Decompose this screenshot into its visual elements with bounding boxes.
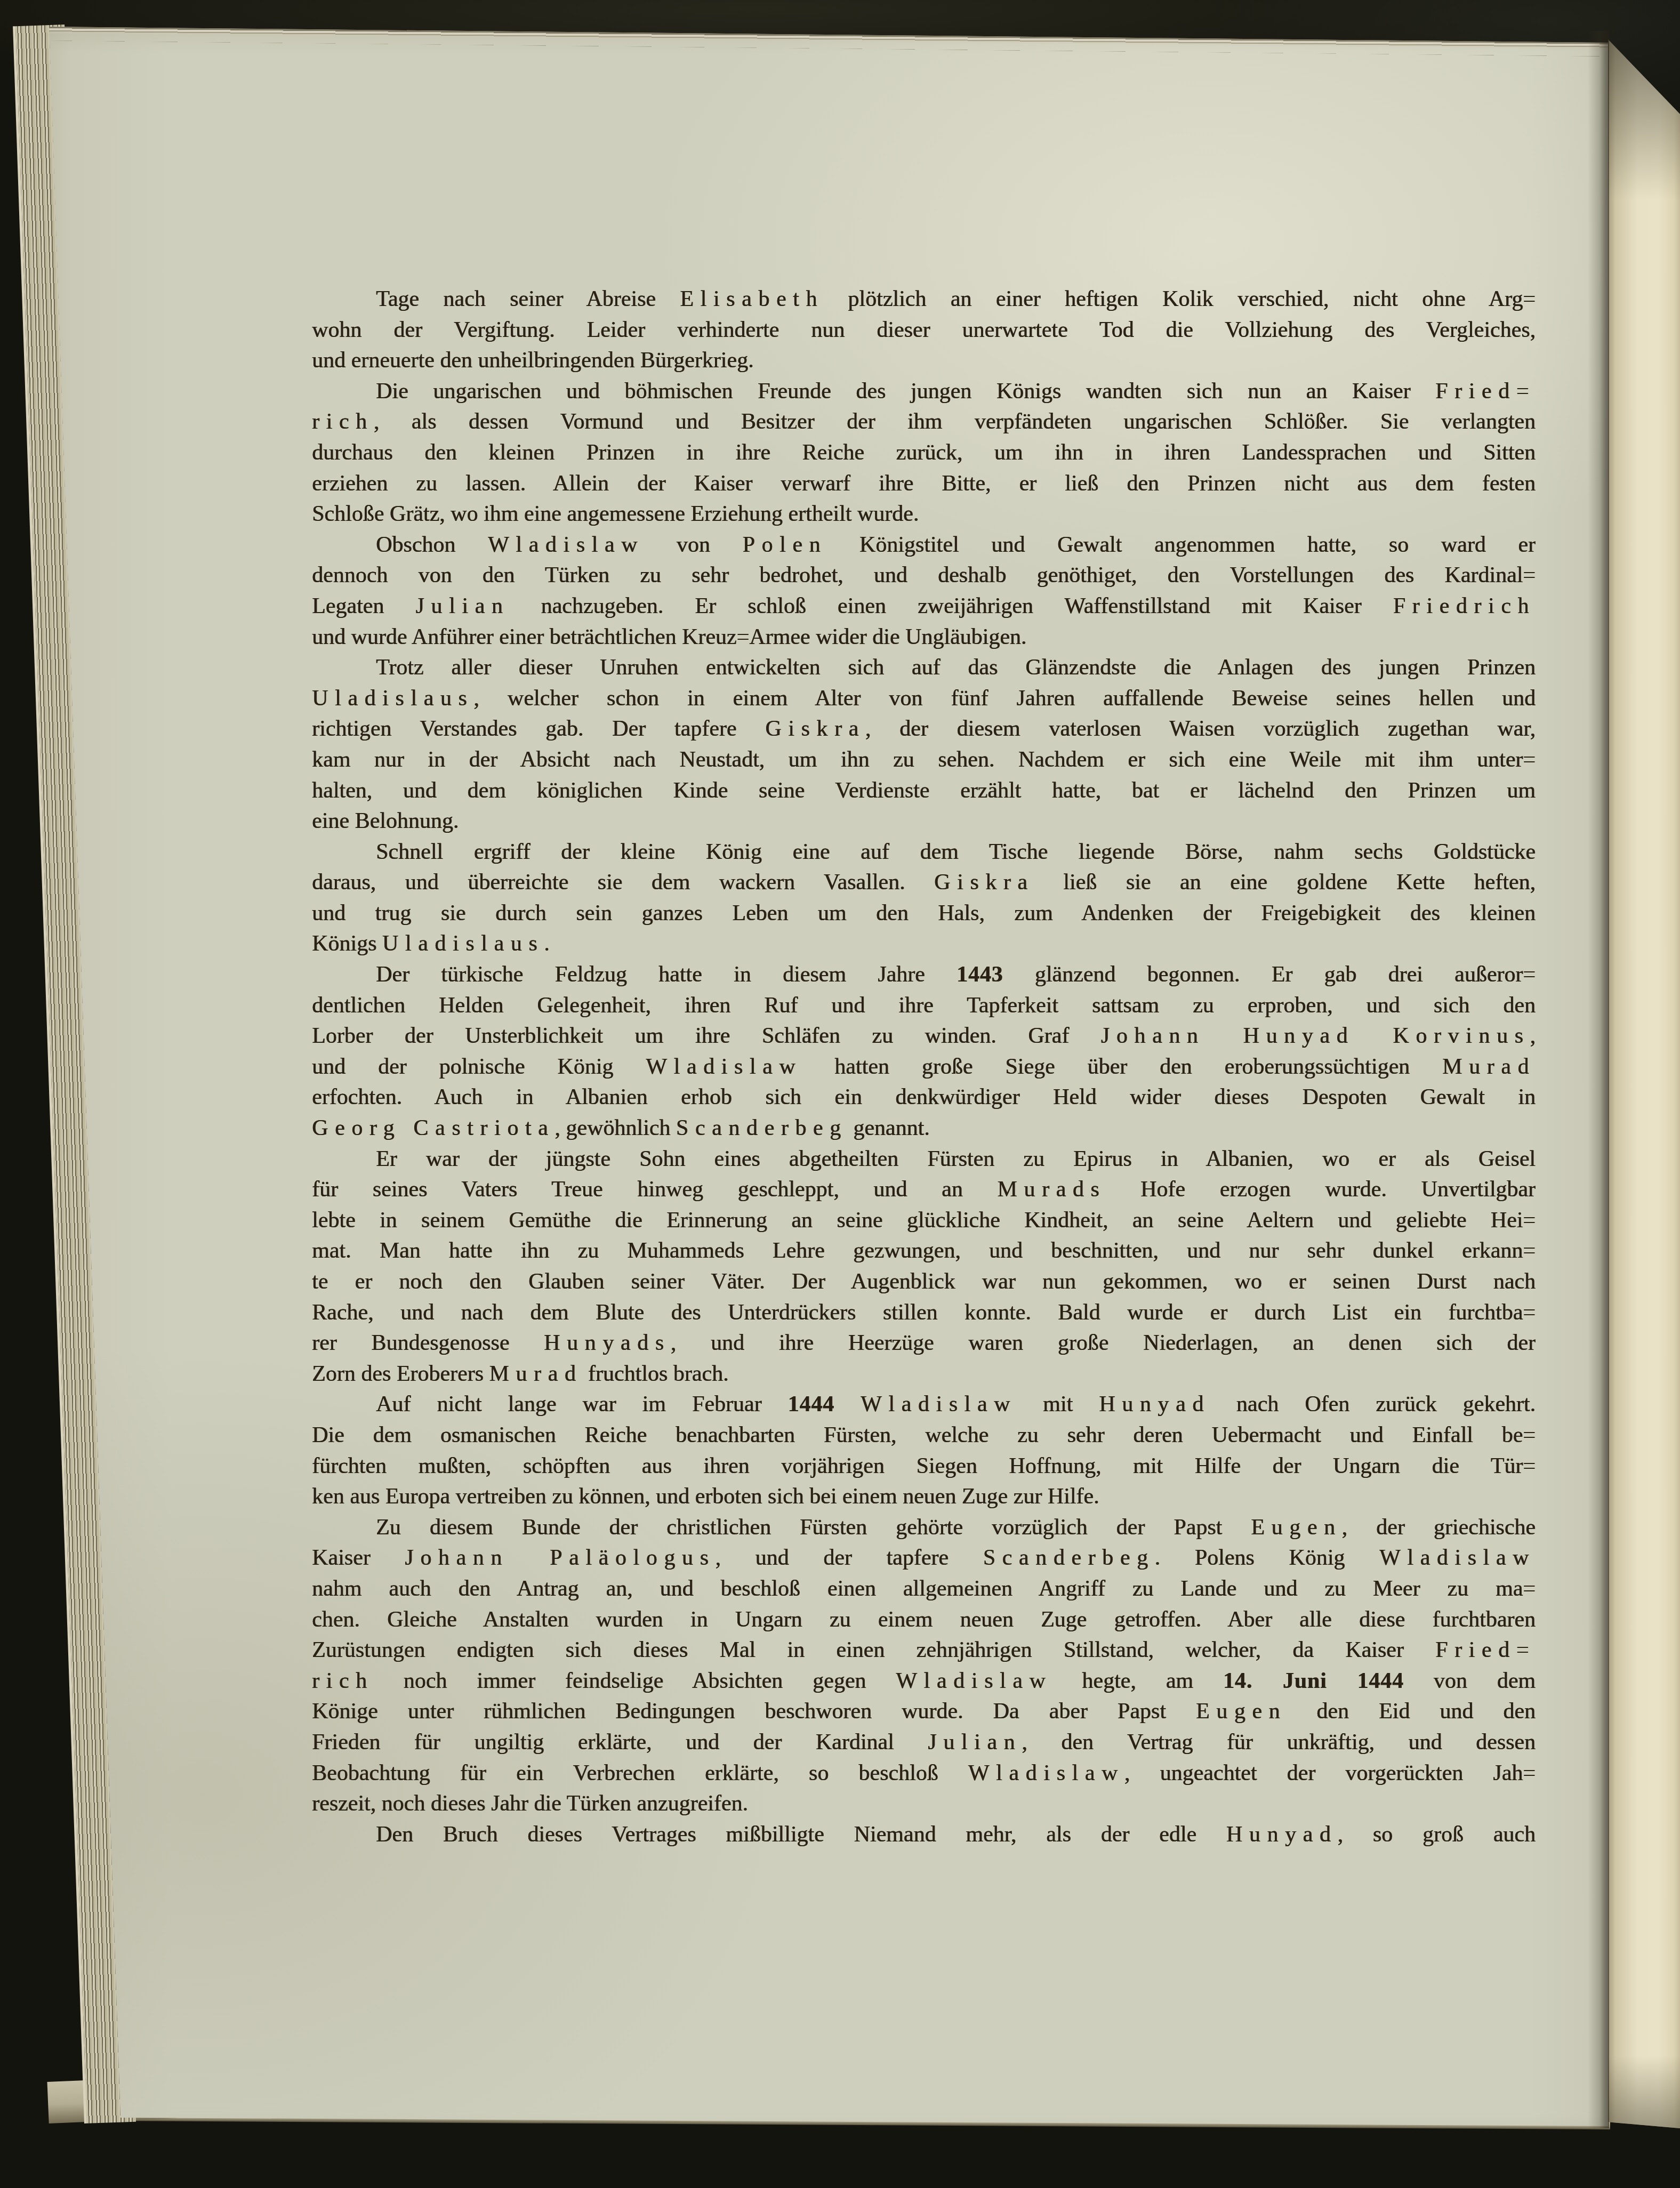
text-segment: . Polens König (1155, 1546, 1379, 1570)
text-segment: hatten große Siege über den eroberungssü… (802, 1055, 1442, 1079)
spaced-proper-name: Scanderbeg (676, 1116, 848, 1140)
text-segment: nachzugeben. Er schloß einen zweijährige… (509, 594, 1393, 618)
text-line: Die ungarischen und böhmischen Freunde d… (312, 376, 1536, 407)
text-line: erziehen zu lassen. Allein der Kaiser ve… (312, 469, 1536, 500)
text-line: chen. Gleiche Anstalten wurden in Ungarn… (312, 1605, 1536, 1636)
spaced-proper-name: Polen (742, 533, 827, 557)
text-line: wohn der Vergiftung. Leider verhinderte … (312, 315, 1536, 346)
text-segment: plötzlich an einer heftigen Kolik versch… (824, 287, 1536, 311)
text-line: Uladislaus, welcher schon in einem Alter… (312, 683, 1536, 714)
text-line: für seines Vaters Treue hinweg geschlepp… (312, 1175, 1536, 1205)
text-segment: , und der tapfere (715, 1546, 983, 1570)
text-segment: , welcher schon in einem Alter von fünf … (473, 686, 1536, 711)
bold-date-number: 14. Juni 1444 (1223, 1669, 1404, 1693)
text-line: rich noch immer feindselige Absichten ge… (312, 1666, 1536, 1697)
bold-date-number: 1443 (956, 962, 1003, 987)
text-line: Obschon Wladislaw von Polen Königstitel … (312, 530, 1536, 561)
paragraph: Auf nicht lange war im Februar 1444 Wlad… (312, 1389, 1536, 1512)
text-line: rer Bundesgenosse Hunyads, und ihre Heer… (312, 1328, 1536, 1359)
text-segment: für seines Vaters Treue hinweg geschlepp… (312, 1177, 997, 1202)
text-segment: genannt. (848, 1116, 930, 1140)
text-segment: erfochten. Auch in Albanien erhob sich e… (312, 1085, 1536, 1109)
text-segment: von (644, 533, 742, 557)
paragraph: Tage nach seiner Abreise Elisabeth plötz… (312, 284, 1536, 376)
spaced-proper-name: Hunyad (1099, 1392, 1210, 1417)
paragraph: Obschon Wladislaw von Polen Königstitel … (312, 530, 1536, 653)
text-segment: Die dem osmanischen Reiche benachbarten … (312, 1423, 1536, 1447)
spaced-proper-name: rich (312, 409, 374, 434)
text-segment: fürchten mußten, schöpften aus ihren vor… (312, 1454, 1536, 1478)
text-line: Legaten Julian nachzugeben. Er schloß ei… (312, 591, 1536, 622)
text-line: rich, als dessen Vormund und Besitzer de… (312, 407, 1536, 438)
page-top-edge (46, 27, 1608, 57)
text-segment: mit (1017, 1392, 1099, 1417)
text-segment: Beobachtung für ein Verbrechen erklärte,… (312, 1761, 968, 1785)
text-line: Frieden für ungiltig erklärte, und der K… (312, 1727, 1536, 1758)
text-line: mat. Man hatte ihn zu Muhammeds Lehre ge… (312, 1236, 1536, 1267)
text-line: daraus, und überreichte sie dem wackern … (312, 867, 1536, 898)
text-line: halten, und dem königlichen Kinde seine … (312, 776, 1536, 807)
text-segment: Frieden für ungiltig erklärte, und der K… (312, 1730, 928, 1755)
text-segment: wohn der Vergiftung. Leider verhinderte … (312, 318, 1536, 342)
text-segment: , ungeachtet der vorgerückten Jah= (1124, 1761, 1536, 1785)
text-line: dentlichen Helden Gelegenheit, ihren Ruf… (312, 991, 1536, 1021)
text-line: und trug sie durch sein ganzes Leben um … (312, 898, 1536, 929)
text-segment: den Eid und den (1287, 1699, 1536, 1724)
text-line: und der polnische König Wladislaw hatten… (312, 1052, 1536, 1083)
text-segment: Schnell ergriff der kleine König eine au… (376, 840, 1536, 864)
text-segment: Kaiser (312, 1546, 405, 1570)
adjacent-page-edge (1608, 39, 1680, 2130)
text-line: nahm auch den Antrag an, und beschloß ei… (312, 1574, 1536, 1605)
text-line: Rache, und nach dem Blute des Unterdrück… (312, 1298, 1536, 1329)
book-page: Tage nach seiner Abreise Elisabeth plötz… (0, 0, 1680, 2188)
text-block: Tage nach seiner Abreise Elisabeth plötz… (312, 284, 1536, 1850)
text-segment: und der polnische König (312, 1055, 646, 1079)
spaced-proper-name: Hunyads (544, 1331, 671, 1355)
text-segment: te er noch den Glauben seiner Väter. Der… (312, 1269, 1536, 1294)
spaced-proper-name: Giskra (934, 870, 1034, 895)
spaced-proper-name: Elisabeth (680, 287, 824, 311)
text-segment: Legaten (312, 594, 415, 618)
spaced-proper-name: Murad (1442, 1055, 1536, 1079)
text-segment: , der diesem vaterlosen Waisen vorzüglic… (865, 717, 1536, 741)
spaced-proper-name: Wladislaw (1379, 1546, 1536, 1570)
spaced-proper-name: Eugen (1196, 1699, 1287, 1724)
text-segment: ken aus Europa vertreiben zu können, und… (312, 1484, 1099, 1509)
text-segment: Den Bruch dieses Vertrages mißbilligte N… (376, 1822, 1226, 1847)
paragraph: Trotz aller dieser Unruhen entwickelten … (312, 653, 1536, 837)
spaced-proper-name: Julian (928, 1730, 1022, 1755)
spaced-proper-name: Wladislaw (896, 1669, 1052, 1693)
text-segment: erziehen zu lassen. Allein der Kaiser ve… (312, 471, 1536, 496)
spaced-proper-name: Georg Castriota (312, 1116, 554, 1140)
text-line: dennoch von den Türken zu sehr bedrohet,… (312, 560, 1536, 591)
text-segment: . (544, 931, 550, 956)
spaced-proper-name: Murad (489, 1362, 582, 1386)
text-segment: Zurüstungen endigten sich dieses Mal in … (312, 1638, 1435, 1662)
text-line: und erneuerte den unheilbringenden Bürge… (312, 345, 1536, 376)
text-line: te er noch den Glauben seiner Väter. Der… (312, 1267, 1536, 1298)
text-segment: ließ sie an eine goldene Kette heften, (1034, 870, 1536, 895)
text-segment: glänzend begonnen. Er gab drei außeror= (1003, 962, 1536, 987)
paragraph: Die ungarischen und böhmischen Freunde d… (312, 376, 1536, 530)
text-line: Lorber der Unsterblichkeit um ihre Schlä… (312, 1021, 1536, 1052)
text-segment: reszeit, noch dieses Jahr die Türken anz… (312, 1791, 748, 1816)
spaced-proper-name: Scanderbeg (983, 1546, 1155, 1570)
text-segment: Lorber der Unsterblichkeit um ihre Schlä… (312, 1024, 1101, 1048)
text-segment: nahm auch den Antrag an, und beschloß ei… (312, 1576, 1536, 1601)
text-segment: Rache, und nach dem Blute des Unterdrück… (312, 1300, 1536, 1325)
text-line: Er war der jüngste Sohn eines abgetheilt… (312, 1144, 1536, 1175)
text-segment: Königstitel und Gewalt angenommen hatte,… (827, 533, 1536, 557)
spaced-proper-name: Friedrich (1393, 594, 1536, 618)
text-segment: Obschon (376, 533, 488, 557)
text-line: Kaiser Johann Paläologus, und der tapfer… (312, 1543, 1536, 1574)
spaced-proper-name: Hunyad (1226, 1822, 1338, 1847)
spaced-proper-name: Wladislaw (968, 1761, 1124, 1785)
text-line: Königs Uladislaus. (312, 929, 1536, 960)
text-line: Schloße Grätz, wo ihm eine angemessene E… (312, 499, 1536, 530)
text-segment: chen. Gleiche Anstalten wurden in Ungarn… (312, 1607, 1536, 1632)
text-segment: Zorn des Eroberers (312, 1362, 489, 1386)
text-segment: Tage nach seiner Abreise (376, 287, 680, 311)
text-segment: Königs (312, 931, 382, 956)
text-segment: lebte in seinem Gemüthe die Erinnerung a… (312, 1208, 1536, 1233)
bold-date-number: 1444 (788, 1392, 834, 1417)
text-line: Trotz aller dieser Unruhen entwickelten … (312, 653, 1536, 683)
text-segment: , (1530, 1024, 1536, 1048)
text-segment: und wurde Anführer einer beträchtlichen … (312, 625, 1026, 649)
spaced-proper-name: Wladislaw (488, 533, 644, 557)
text-line: Schnell ergriff der kleine König eine au… (312, 837, 1536, 868)
spaced-proper-name: Johann Hunyad Korvinus (1101, 1024, 1530, 1048)
spaced-proper-name: Uladislaus (382, 931, 544, 956)
text-segment: noch immer feindselige Absichten gegen (374, 1669, 896, 1693)
text-segment: Zu diesem Bunde der christlichen Fürsten… (376, 1515, 1251, 1540)
text-line: richtigen Verstandes gab. Der tapfere Gi… (312, 714, 1536, 745)
gutter-fold-shadow (1588, 31, 1609, 2128)
text-line: eine Belohnung. (312, 806, 1536, 837)
scanned-book-photo: Tage nach seiner Abreise Elisabeth plötz… (0, 0, 1680, 2188)
text-segment: und trug sie durch sein ganzes Leben um … (312, 901, 1536, 926)
text-line: Der türkische Feldzug hatte in diesem Ja… (312, 960, 1536, 991)
text-segment: daraus, und überreichte sie dem wackern … (312, 870, 934, 895)
paragraph: Den Bruch dieses Vertrages mißbilligte N… (312, 1820, 1536, 1851)
text-segment: Schloße Grätz, wo ihm eine angemessene E… (312, 502, 919, 526)
text-line: durchaus den kleinen Prinzen in ihre Rei… (312, 438, 1536, 469)
text-segment: richtigen Verstandes gab. Der tapfere (312, 717, 765, 741)
text-line: Georg Castriota, gewöhnlich Scanderbeg g… (312, 1113, 1536, 1144)
text-segment: eine Belohnung. (312, 809, 459, 833)
text-line: Könige unter rühmlichen Bedingungen besc… (312, 1696, 1536, 1727)
text-segment: durchaus den kleinen Prinzen in ihre Rei… (312, 440, 1536, 465)
text-segment: dentlichen Helden Gelegenheit, ihren Ruf… (312, 993, 1536, 1018)
text-segment: von dem (1404, 1669, 1536, 1693)
text-segment: , so groß auch (1337, 1822, 1536, 1847)
text-segment (834, 1392, 861, 1417)
text-line: Die dem osmanischen Reiche benachbarten … (312, 1420, 1536, 1451)
paragraph: Zu diesem Bunde der christlichen Fürsten… (312, 1513, 1536, 1820)
text-segment: , gewöhnlich (554, 1116, 676, 1140)
text-segment: , der griechische (1342, 1515, 1536, 1540)
text-line: Tage nach seiner Abreise Elisabeth plötz… (312, 284, 1536, 315)
text-segment: Der türkische Feldzug hatte in diesem Ja… (376, 962, 956, 987)
spaced-proper-name: Johann Paläologus (405, 1546, 715, 1570)
paragraph: Er war der jüngste Sohn eines abgetheilt… (312, 1144, 1536, 1390)
spaced-proper-name: Fried= (1435, 379, 1536, 404)
text-segment: Trotz aller dieser Unruhen entwickelten … (376, 655, 1536, 680)
text-segment: Auf nicht lange war im Februar (376, 1392, 788, 1417)
text-line: und wurde Anführer einer beträchtlichen … (312, 622, 1536, 653)
text-line: erfochten. Auch in Albanien erhob sich e… (312, 1082, 1536, 1113)
spaced-proper-name: Uladislaus (312, 686, 473, 711)
text-segment: hegte, am (1052, 1669, 1223, 1693)
spaced-proper-name: Eugen (1251, 1515, 1341, 1540)
text-segment: Hofe erzogen wurde. Unvertilgbar (1106, 1177, 1536, 1202)
paragraph: Schnell ergriff der kleine König eine au… (312, 837, 1536, 960)
paragraph: Der türkische Feldzug hatte in diesem Ja… (312, 960, 1536, 1144)
text-segment: dennoch von den Türken zu sehr bedrohet,… (312, 563, 1536, 588)
text-line: reszeit, noch dieses Jahr die Türken anz… (312, 1789, 1536, 1820)
text-line: fürchten mußten, schöpften aus ihren vor… (312, 1451, 1536, 1482)
text-segment: nach Ofen zurück gekehrt. (1210, 1392, 1536, 1417)
text-segment: , und ihre Heerzüge waren große Niederla… (671, 1331, 1536, 1355)
text-line: Auf nicht lange war im Februar 1444 Wlad… (312, 1389, 1536, 1420)
text-segment: mat. Man hatte ihn zu Muhammeds Lehre ge… (312, 1238, 1536, 1263)
text-line: Den Bruch dieses Vertrages mißbilligte N… (312, 1820, 1536, 1851)
spaced-proper-name: Murads (997, 1177, 1106, 1202)
spaced-proper-name: Wladislaw (646, 1055, 802, 1079)
text-segment: , den Vertrag für unkräftig, und dessen (1022, 1730, 1536, 1755)
text-segment: Könige unter rühmlichen Bedingungen besc… (312, 1699, 1196, 1724)
text-line: Beobachtung für ein Verbrechen erklärte,… (312, 1758, 1536, 1789)
text-segment: rer Bundesgenosse (312, 1331, 544, 1355)
text-line: kam nur in der Absicht nach Neustadt, um… (312, 745, 1536, 776)
spaced-proper-name: Wladislaw (861, 1392, 1017, 1417)
text-segment: halten, und dem königlichen Kinde seine … (312, 778, 1536, 803)
text-line: Zu diesem Bunde der christlichen Fürsten… (312, 1513, 1536, 1543)
text-segment: kam nur in der Absicht nach Neustadt, um… (312, 747, 1536, 772)
text-line: Zorn des Eroberers Murad fruchtlos brach… (312, 1359, 1536, 1390)
text-segment: Die ungarischen und böhmischen Freunde d… (376, 379, 1435, 404)
spaced-proper-name: Giskra (765, 717, 865, 741)
text-segment: Er war der jüngste Sohn eines abgetheilt… (376, 1147, 1536, 1171)
text-segment: und erneuerte den unheilbringenden Bürge… (312, 348, 753, 373)
spaced-proper-name: rich (312, 1669, 374, 1693)
text-line: lebte in seinem Gemüthe die Erinnerung a… (312, 1205, 1536, 1236)
spaced-proper-name: Fried= (1435, 1638, 1536, 1662)
text-segment: , als dessen Vormund und Besitzer der ih… (374, 409, 1536, 434)
spaced-proper-name: Julian (415, 594, 509, 618)
text-line: ken aus Europa vertreiben zu können, und… (312, 1482, 1536, 1513)
text-line: Zurüstungen endigten sich dieses Mal in … (312, 1635, 1536, 1666)
text-segment: fruchtlos brach. (582, 1362, 728, 1386)
